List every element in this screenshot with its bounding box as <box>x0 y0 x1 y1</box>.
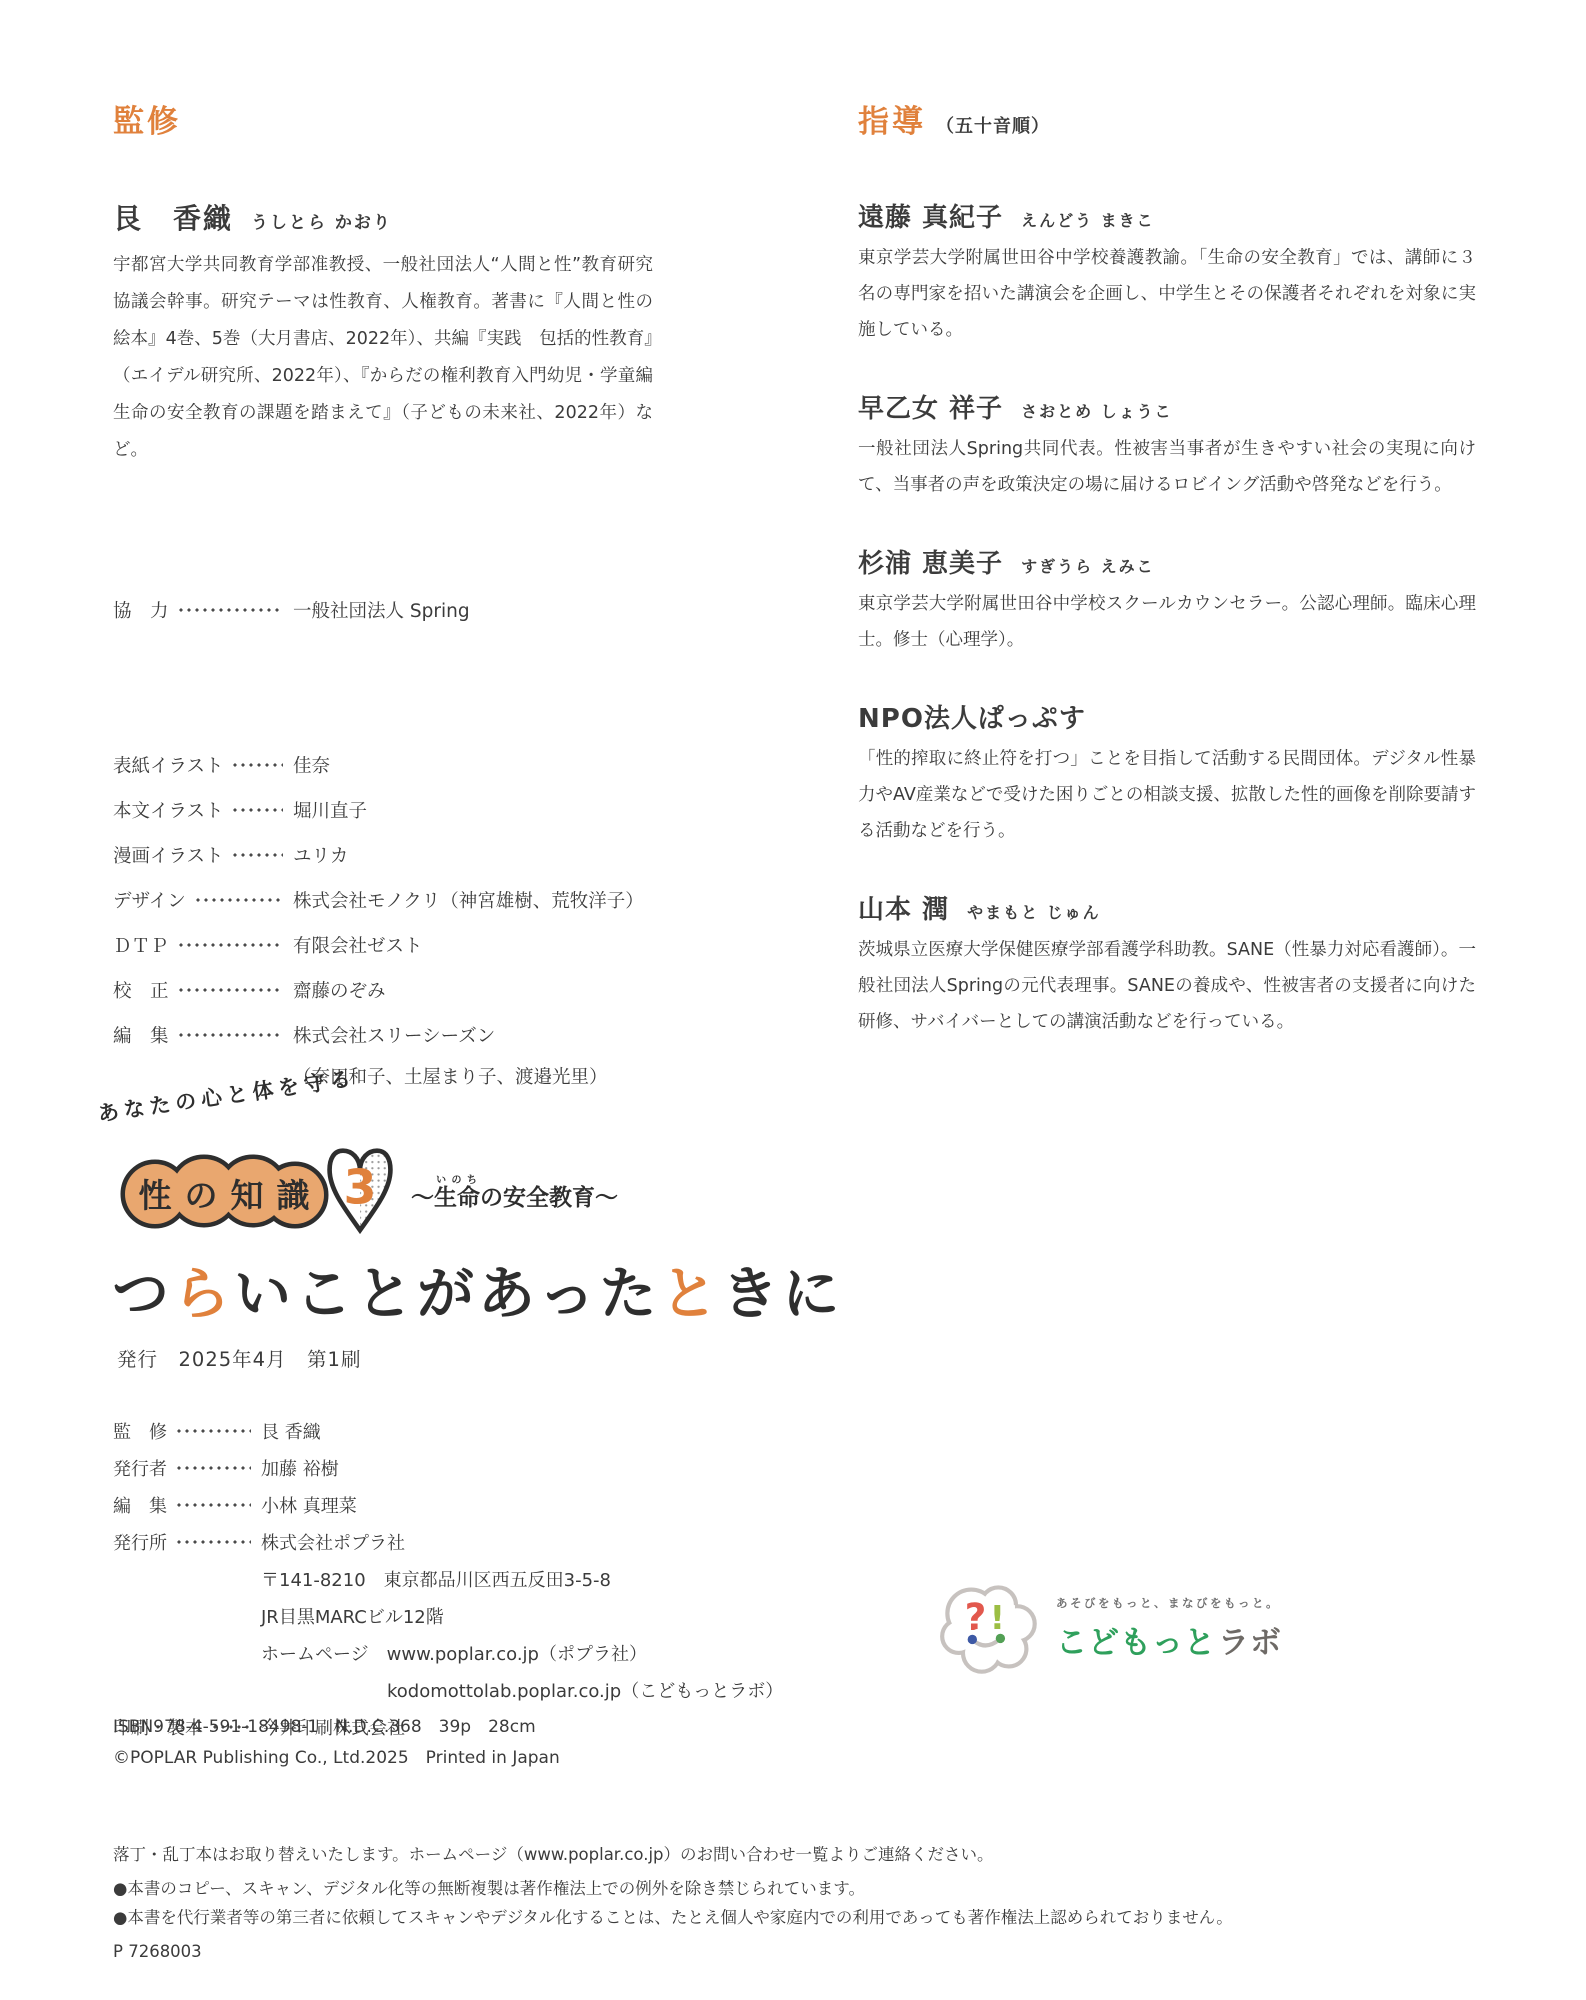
credit-label: 本文イラスト <box>113 797 223 823</box>
credit-row: ＤＴＰ 有限会社ゼスト <box>113 922 653 967</box>
person-bio: 茨城県立医療大学保健医療学部看護学科助教。SANE（性暴力対応看護師）。一般社団… <box>858 932 1476 1040</box>
dot-leader <box>231 851 283 859</box>
person-name: 山本 潤 <box>858 889 949 926</box>
person-bio: 一般社団法人Spring共同代表。性被害当事者が生きやすい社会の実現に向けて、当… <box>858 431 1476 503</box>
publisher-address-line: JR目黒MARCビル12階 <box>113 1597 873 1634</box>
book-title: つらいことがあったときに <box>112 1248 843 1330</box>
supervisor-kana: うしとら かおり <box>251 208 392 233</box>
publication-label: 監 修 <box>113 1418 167 1444</box>
credit-row: 校 正 齋藤のぞみ <box>113 967 653 1012</box>
publication-value: 艮 香織 <box>261 1418 321 1444</box>
credit-row: 表紙イラスト 佳奈 <box>113 742 653 787</box>
guidance-person: 山本 潤やまもと じゅん 茨城県立医療大学保健医療学部看護学科助教。SANE（性… <box>858 889 1476 1040</box>
cooperation-row: 協 力 一般社団法人 Spring <box>113 587 653 632</box>
publication-label: 発行所 <box>113 1529 167 1555</box>
dot-leader <box>231 761 283 769</box>
publication-row: 発行者 加藤 裕樹 <box>113 1449 873 1486</box>
person-name: 杉浦 恵美子 <box>858 543 1003 580</box>
guidance-order-note: （五十音順） <box>936 116 1050 137</box>
dot-leader <box>177 941 283 949</box>
credit-value: 株式会社スリーシーズン <box>293 1022 495 1048</box>
publication-block: 監 修 艮 香織 発行者 加藤 裕樹 編 集 小林 真理菜 発行所 株式会社ポプ… <box>113 1412 873 1745</box>
dot-leader <box>177 986 283 994</box>
mascot-name: こどもっとラボ <box>1056 1617 1282 1662</box>
supervisor-name-row: 艮 香織 うしとら かおり <box>113 197 653 237</box>
publisher-address-line: 〒141-8210 東京都品川区西五反田3-5-8 <box>113 1560 873 1597</box>
dot-leader <box>177 1031 283 1039</box>
exclamation-mark-icon: ! <box>990 1598 1005 1637</box>
issue-line: 発行 2025年4月 第1刷 <box>117 1344 361 1372</box>
credit-row: 編 集 株式会社スリーシーズン <box>113 1012 653 1057</box>
cooperation-value: 一般社団法人 Spring <box>293 597 470 623</box>
volume-heart: 3 <box>327 1146 393 1240</box>
cooperation-label: 協 力 <box>113 597 169 623</box>
dot-leader <box>175 1427 251 1435</box>
publication-row: 編 集 小林 真理菜 <box>113 1486 873 1523</box>
series-blob: 性の知識 <box>115 1152 333 1234</box>
publication-value: 小林 真理菜 <box>261 1492 357 1518</box>
dot-leader <box>175 1538 251 1546</box>
organization-name: NPO法人ぱっぷす <box>858 698 1086 735</box>
person-name: 遠藤 真紀子 <box>858 197 1003 234</box>
guidance-heading: 指導 <box>858 96 926 141</box>
guidance-section: 指導（五十音順） 遠藤 真紀子えんどう まきこ 東京学芸大学附属世田谷中学校養護… <box>858 96 1476 1058</box>
series-logo: 性の知識 3 ～生命いのちの安全教育～ <box>115 1146 618 1240</box>
supervision-section: 監修 艮 香織 うしとら かおり 宇都宮大学共同教育学部准教授、一般社団法人“人… <box>113 96 653 1094</box>
person-kana: すぎうら えみこ <box>1021 554 1155 577</box>
publication-value: 株式会社ポプラ社 <box>261 1529 405 1555</box>
dot-leader <box>231 806 283 814</box>
publication-row: 監 修 艮 香織 <box>113 1412 873 1449</box>
credit-label: 漫画イラスト <box>113 842 223 868</box>
mascot-cloud-icon: ? ! <box>938 1576 1042 1680</box>
publication-label: 編 集 <box>113 1492 167 1518</box>
credit-label: ＤＴＰ <box>113 932 169 958</box>
publisher-homepage-line: ホームページ www.poplar.co.jp（ポプラ社） <box>113 1634 873 1671</box>
publisher-lab-url-line: kodomottolab.poplar.co.jp（こどもっとラボ） <box>113 1671 873 1708</box>
credit-label: 表紙イラスト <box>113 752 223 778</box>
credit-value: 株式会社モノクリ（神宮雄樹、荒牧洋子） <box>293 887 644 913</box>
person-bio: 東京学芸大学附属世田谷中学校養護教諭。「生命の安全教育」では、講師に３名の専門家… <box>858 240 1476 348</box>
series-name: 性の知識 <box>115 1152 333 1234</box>
dot-leader <box>194 896 283 904</box>
product-code: P 7268003 <box>113 1937 1463 1966</box>
kodomotto-lab-logo: ? ! あそびをもっと、まなびをもっと。 こどもっとラボ <box>938 1576 1282 1680</box>
credit-row: デザイン 株式会社モノクリ（神宮雄樹、荒牧洋子） <box>113 877 653 922</box>
blue-dot-icon <box>968 1635 977 1644</box>
isbn-line: ISBN978-4-591-18498-1 N.D.C.368 39p 28cm <box>113 1712 560 1743</box>
footer-note: ●本書を代行業者等の第三者に依頼してスキャンやデジタル化することは、たとえ個人や… <box>113 1903 1463 1932</box>
publication-label: 発行者 <box>113 1455 167 1481</box>
supervisor-bio: 宇都宮大学共同教育学部准教授、一般社団法人“人間と性”教育研究協議会幹事。研究テ… <box>113 247 653 469</box>
credit-value: 堀川直子 <box>293 797 367 823</box>
person-kana: やまもと じゅん <box>967 900 1101 923</box>
credit-row: 本文イラスト 堀川直子 <box>113 787 653 832</box>
publication-value: 加藤 裕樹 <box>261 1455 339 1481</box>
credits-list: 表紙イラスト 佳奈 本文イラスト 堀川直子 漫画イラスト ユリカ デザイン 株式… <box>113 742 653 1094</box>
dot-leader <box>177 606 283 614</box>
footer-notes: 落丁・乱丁本はお取り替えいたします。ホームページ（www.poplar.co.j… <box>113 1840 1463 1966</box>
credit-label: 校 正 <box>113 977 169 1003</box>
person-name: 早乙女 祥子 <box>858 388 1003 425</box>
dot-leader <box>175 1464 251 1472</box>
subtitle-ruby: 生命いのち <box>434 1185 480 1211</box>
person-kana: さおとめ しょうこ <box>1021 399 1173 422</box>
credit-row: 漫画イラスト ユリカ <box>113 832 653 877</box>
supervision-heading: 監修 <box>113 96 181 141</box>
guidance-organization: NPO法人ぱっぷす 「性的搾取に終止符を打つ」ことを目指して活動する民間団体。デ… <box>858 698 1476 849</box>
series-subtitle: ～生命いのちの安全教育～ <box>411 1175 618 1212</box>
publication-row: 発行所 株式会社ポプラ社 <box>113 1523 873 1560</box>
mascot-tagline: あそびをもっと、まなびをもっと。 <box>1056 1595 1282 1611</box>
credit-value: 有限会社ゼスト <box>293 932 423 958</box>
credit-value: 佳奈 <box>293 752 330 778</box>
heart-icon: 3 <box>327 1146 393 1240</box>
credit-label: 編 集 <box>113 1022 169 1048</box>
green-dot-icon <box>996 1634 1005 1643</box>
dot-leader <box>175 1501 251 1509</box>
footer-note: 落丁・乱丁本はお取り替えいたします。ホームページ（www.poplar.co.j… <box>113 1840 1463 1869</box>
credit-label: デザイン <box>113 887 186 913</box>
copyright-line: ©POPLAR Publishing Co., Ltd.2025 Printed… <box>113 1743 560 1774</box>
isbn-block: ISBN978-4-591-18498-1 N.D.C.368 39p 28cm… <box>113 1712 560 1774</box>
organization-bio: 「性的搾取に終止符を打つ」ことを目指して活動する民間団体。デジタル性暴力やAV産… <box>858 741 1476 849</box>
person-bio: 東京学芸大学附属世田谷中学校スクールカウンセラー。公認心理師。臨床心理士。修士（… <box>858 586 1476 658</box>
supervisor-name: 艮 香織 <box>113 197 233 237</box>
guidance-person: 早乙女 祥子さおとめ しょうこ 一般社団法人Spring共同代表。性被害当事者が… <box>858 388 1476 503</box>
footer-note: ●本書のコピー、スキャン、デジタル化等の無断複製は著作権法上での例外を除き禁じら… <box>113 1874 1463 1903</box>
guidance-person: 杉浦 恵美子すぎうら えみこ 東京学芸大学附属世田谷中学校スクールカウンセラー。… <box>858 543 1476 658</box>
credit-value: 齋藤のぞみ <box>293 977 386 1003</box>
credit-value: ユリカ <box>293 842 348 868</box>
volume-number: 3 <box>344 1160 377 1215</box>
guidance-person: 遠藤 真紀子えんどう まきこ 東京学芸大学附属世田谷中学校養護教諭。「生命の安全… <box>858 197 1476 348</box>
person-kana: えんどう まきこ <box>1021 208 1155 231</box>
